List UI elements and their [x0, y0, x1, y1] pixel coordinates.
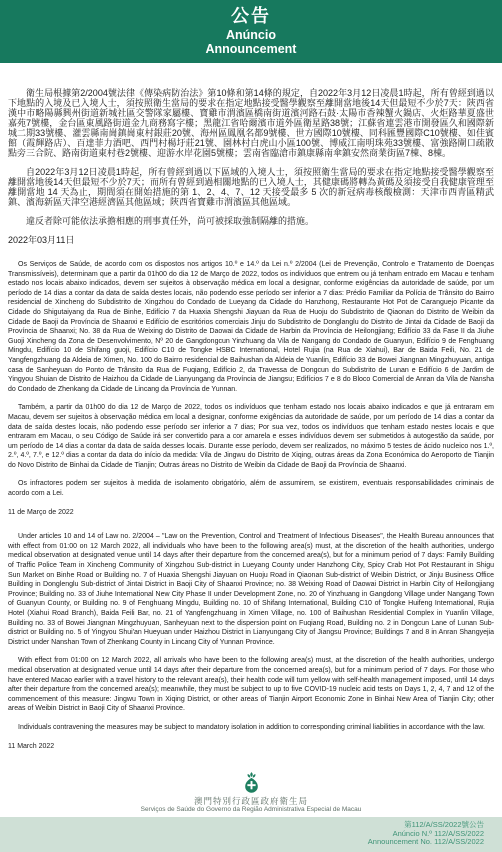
header-title-zh: 公告 [0, 5, 502, 28]
reference-number-en: Announcement No. 112/A/SS/2022 [18, 838, 484, 847]
en-paragraph-2: With effect from 01:00 on 12 March 2022,… [8, 656, 494, 714]
pt-paragraph-2: Também, a partir da 01h00 do dia 12 de M… [8, 403, 494, 470]
announcement-body: 衛生局根據第2/2004號法律《傳染病防治法》第10條和第14條的規定，自202… [0, 63, 502, 766]
header-title-pt: Anúncio [0, 28, 502, 42]
issuing-organization: 澳門特別行政區政府衛生局 Serviços de Saúde do Govern… [0, 772, 502, 817]
en-paragraph-1: Under articles 10 and 14 of Law no. 2/20… [8, 532, 494, 647]
org-name-zh: 澳門特別行政區政府衛生局 [0, 796, 502, 806]
org-name-pt: Serviços de Saúde do Governo da Região A… [0, 806, 502, 814]
zh-date: 2022年03月11日 [8, 235, 494, 245]
macau-health-bureau-logo-icon [241, 772, 262, 795]
header-title-en: Announcement [0, 42, 502, 56]
pt-paragraph-3-penalty: Os infractores podem ser sujeitos à medi… [8, 479, 494, 498]
zh-paragraph-1: 衛生局根據第2/2004號法律《傳染病防治法》第10條和第14條的規定，自202… [8, 88, 494, 158]
zh-paragraph-2: 自2022年3月12日凌晨1時起，所有曾經到過以下區域的入境人士，須按照衛生當局… [8, 167, 494, 207]
announcement-header: 公告 Anúncio Announcement [0, 0, 502, 63]
announcement-page: 公告 Anúncio Announcement 衛生局根據第2/2004號法律《… [0, 0, 502, 852]
pt-date: 11 de Março de 2022 [8, 508, 494, 518]
zh-paragraph-3-penalty: 違反者除可能依法承擔相應的刑事責任外，尚可被採取強制隔離的措施。 [8, 216, 494, 226]
announcement-footer: 澳門特別行政區政府衛生局 Serviços de Saúde do Govern… [0, 772, 502, 852]
pt-paragraph-1: Os Serviços de Saúde, de acordo com os d… [8, 260, 494, 394]
en-paragraph-3-penalty: Individuals contravening the measures ma… [8, 723, 494, 733]
reference-number-bar: 第112/A/SS/2022號公告 Anúncio N.º 112/A/SS/2… [0, 817, 502, 852]
en-date: 11 March 2022 [8, 742, 494, 752]
